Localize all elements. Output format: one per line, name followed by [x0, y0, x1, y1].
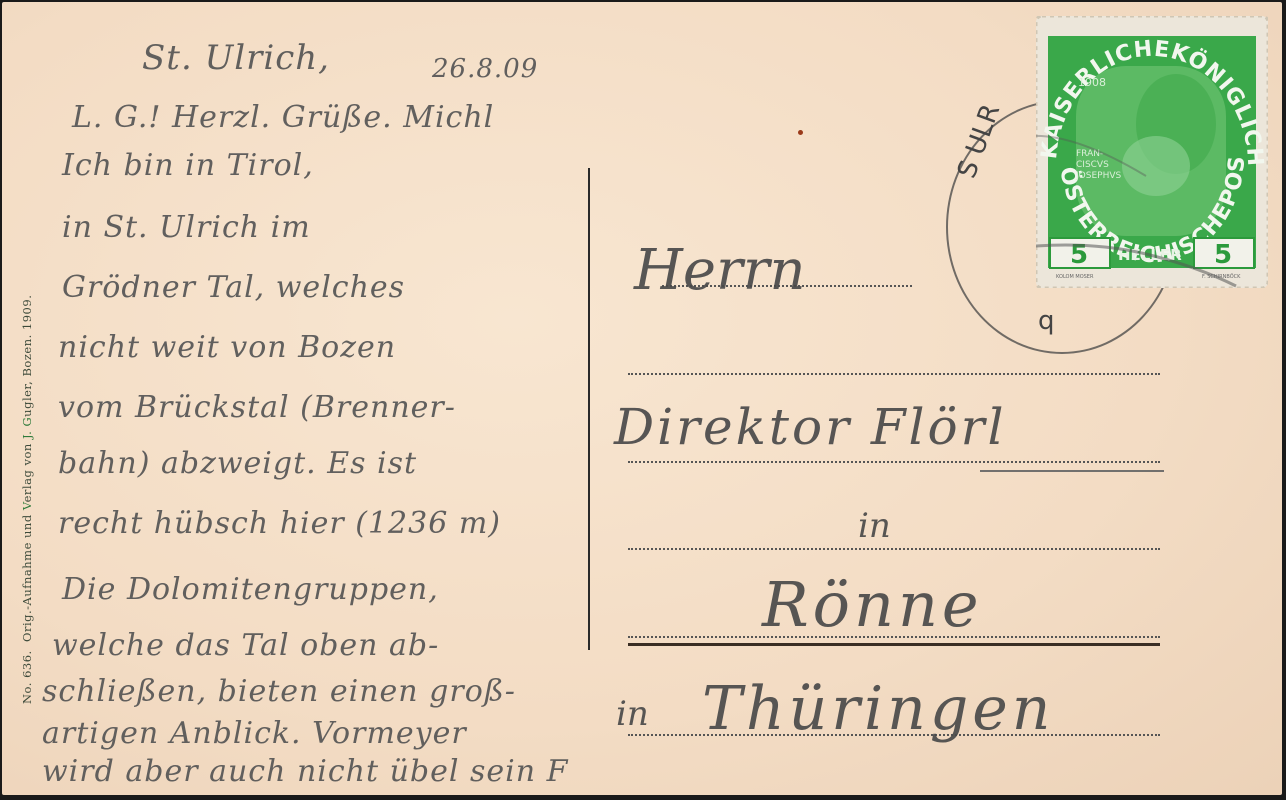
postage-stamp: KAISERLICHEKÖNIGLICHE ÖSTERREICHISCHEPOS…: [1036, 16, 1268, 288]
svg-text:KOLOM MOSER: KOLOM MOSER: [1056, 274, 1094, 280]
message-line: Grödner Tal, welches: [62, 270, 405, 305]
address-line-2: [628, 373, 1160, 375]
message-line: schließen, bieten einen groß-: [42, 674, 516, 709]
address-line-3: [628, 461, 1160, 463]
postcard-back: No. 636. Orig.-Aufnahme und Verlag von J…: [2, 2, 1282, 795]
svg-text:1908: 1908: [1078, 76, 1106, 89]
address-recipient-name: Direktor Flörl: [614, 398, 1007, 456]
message-line: nicht weit von Bozen: [58, 330, 396, 365]
message-line: bahn) abzweigt. Es ist: [58, 446, 417, 481]
address-city: Rönne: [762, 568, 983, 641]
message-line: artigen Anblick. Vormeyer: [42, 716, 467, 751]
address-salutation: Herrn: [634, 238, 806, 303]
message-line: in St. Ulrich im: [62, 210, 311, 245]
message-line: recht hübsch hier (1236 m): [58, 506, 501, 541]
ink-spot: [798, 130, 803, 135]
message-line: wird aber auch nicht übel sein F: [42, 754, 568, 789]
address-preposition: in: [858, 506, 891, 546]
center-divider-line: [588, 168, 590, 650]
message-date: 26.8.09: [432, 54, 538, 84]
svg-text:5: 5: [1214, 240, 1232, 270]
address-region-prefix: in: [616, 694, 649, 734]
publisher-imprint: No. 636. Orig.-Aufnahme und Verlag von J…: [20, 295, 34, 704]
message-line: Ich bin in Tirol,: [62, 148, 314, 183]
message-line: Die Dolomitengruppen,: [62, 572, 439, 607]
message-line: L. G.! Herzl. Grüße. Michl: [72, 100, 494, 135]
address-region: Thüringen: [702, 674, 1054, 744]
svg-text:JOSEPHVS: JOSEPHVS: [1075, 171, 1121, 181]
address-line-4: [628, 548, 1160, 550]
address-recipient-underline: [980, 470, 1164, 472]
message-line: welche das Tal oben ab-: [52, 628, 439, 663]
postmark-letter: b: [1038, 308, 1055, 338]
message-place: St. Ulrich,: [142, 38, 330, 78]
address-rule: [628, 643, 1160, 646]
message-line: vom Brückstal (Brenner-: [58, 390, 456, 425]
svg-text:CISCVS: CISCVS: [1076, 160, 1109, 170]
